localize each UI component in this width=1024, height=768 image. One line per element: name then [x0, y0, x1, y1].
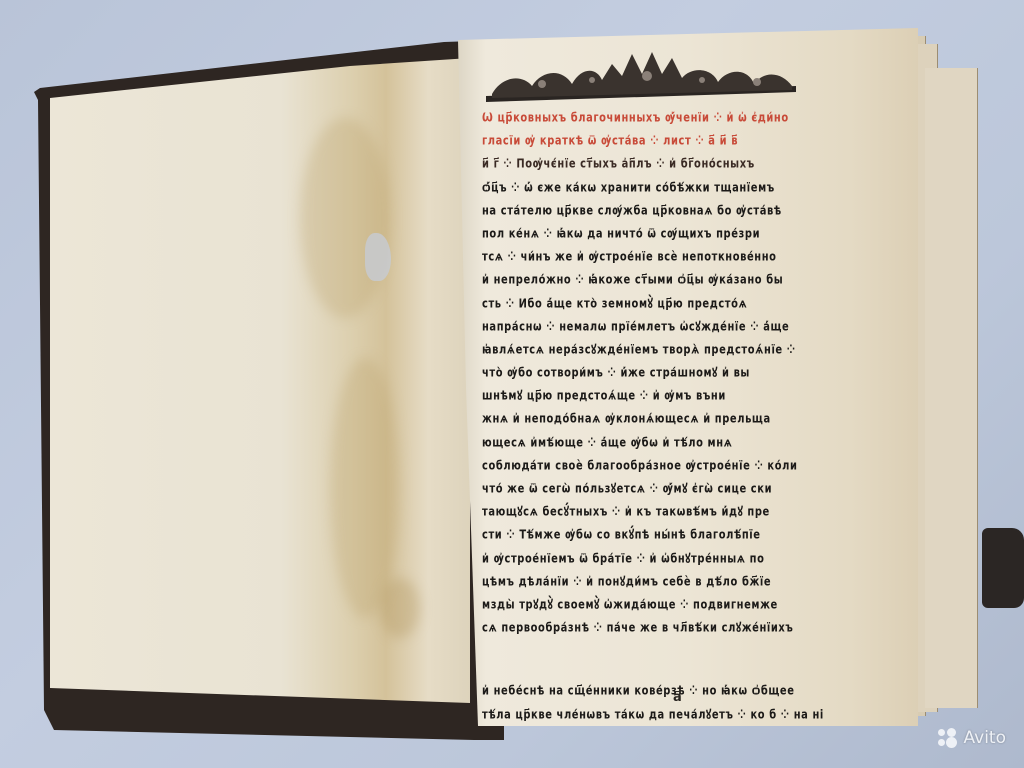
signature-mark: а҃: [673, 690, 682, 705]
metal-clasp: [982, 528, 1024, 608]
page-edge: [925, 68, 978, 708]
text-line: тѣ́ла цр҃кве чле́нѡвъ та́кѡ да печа́лꙋет…: [482, 701, 834, 728]
avito-dots-logo-icon: [938, 728, 958, 748]
left-blank-endpaper: [50, 58, 470, 703]
paper-tear: [365, 233, 391, 281]
avito-brand-text: Avito: [964, 728, 1006, 748]
text-line: и҆ небе́снѣ на сщ҃е́нники кове́рзѣ ⁘ но …: [482, 678, 834, 705]
text-line: и҆ непрело́жно ⁘ ꙗ҆́коже ст҃ыми ѻ҆ц҃ы ѹ҆…: [482, 267, 834, 294]
avito-watermark: Avito: [938, 728, 1006, 748]
book-photo: Ѡ цр҃ковныхъ благочинныхъ ѹ҆́ченїи ⁘ и҆ …: [0, 0, 1024, 768]
page-text: Ѡ цр҃ковныхъ благочинныхъ ѹ҆́ченїи ⁘ и҆ …: [482, 106, 834, 726]
ornamental-headpiece-icon: [482, 46, 800, 102]
text-gap: [482, 636, 834, 682]
